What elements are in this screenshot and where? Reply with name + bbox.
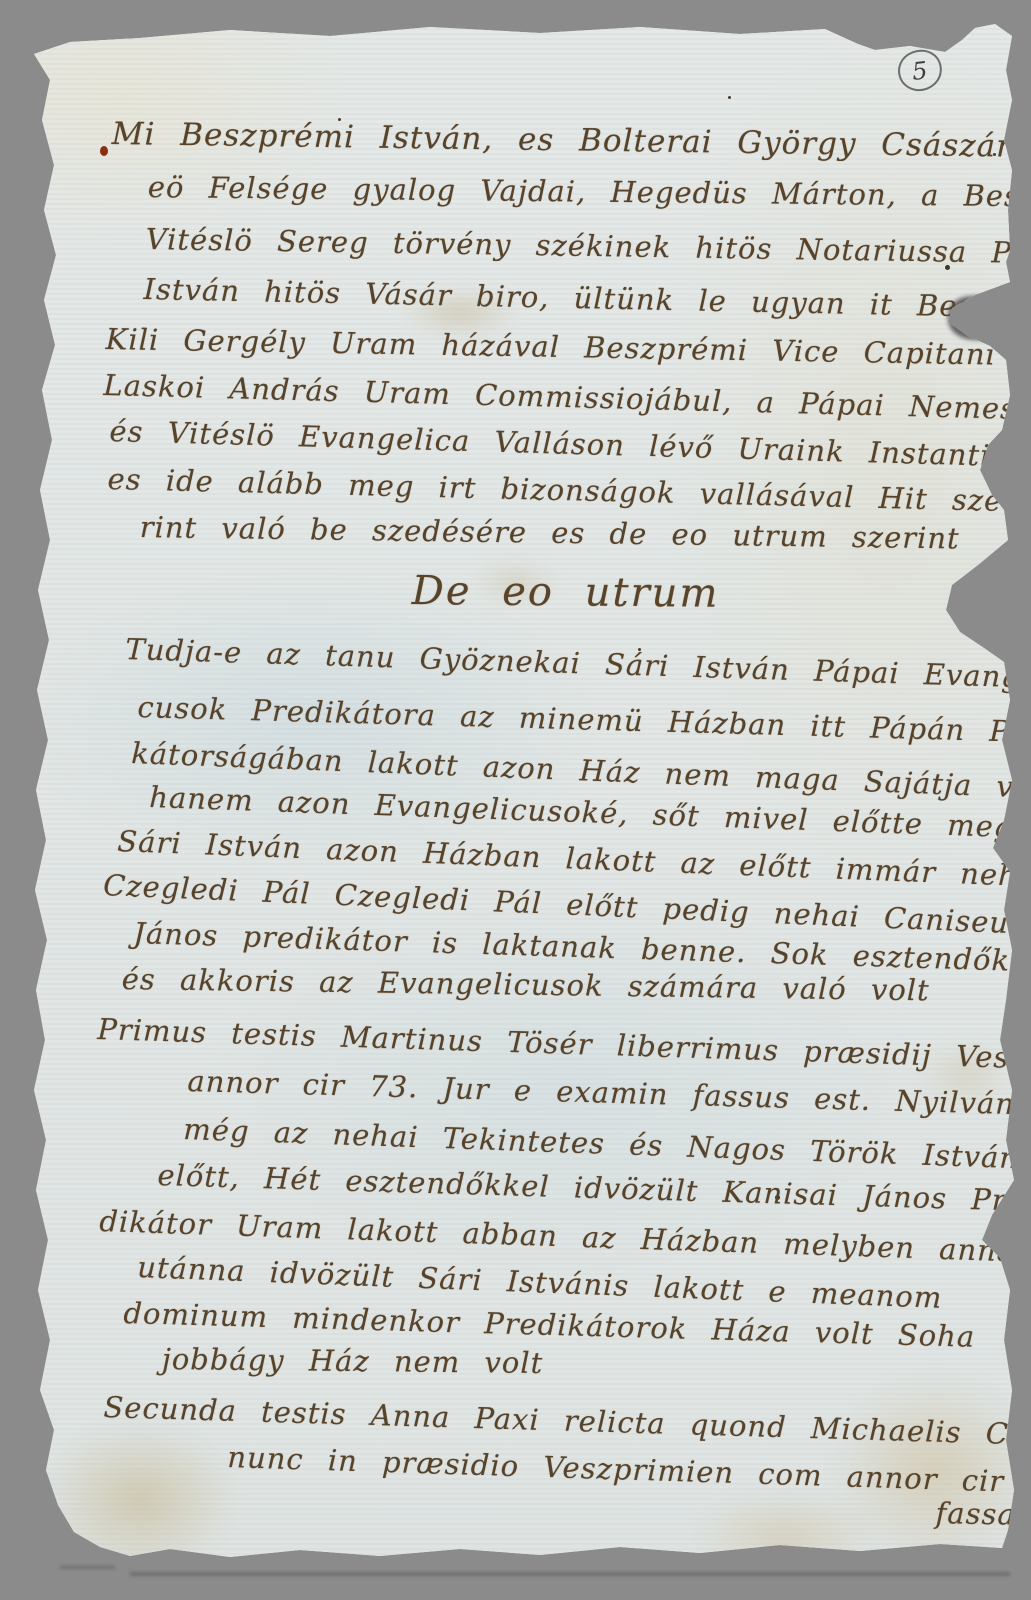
page-number-annotation: 5 [894, 46, 946, 95]
section-heading-de-eo-utrum: De eo utrum [412, 568, 720, 617]
stain [40, 1420, 240, 1580]
manuscript-line: jobbágy Ház nem volt [162, 1342, 544, 1380]
manuscript-page: 5 Mi Beszprémi István, es Bolterai Györg… [0, 0, 1031, 1600]
manuscript-line: Mi Beszprémi István, es Bolterai György … [111, 116, 1031, 166]
manuscript-line: es ide alább meg irt bizonságok vallásáv… [107, 462, 1003, 518]
ink-spot [100, 146, 108, 156]
page-number: 5 [911, 56, 929, 85]
manuscript-line: rint való be szedésére es de eo utrum sz… [140, 510, 960, 555]
paper-shadow [130, 1572, 1010, 1576]
manuscript-catchword: fassa [935, 1496, 1016, 1532]
manuscript-line: Vitéslö Sereg törvény székinek hitös Not… [145, 222, 1031, 271]
manuscript-line: Tudja-e az tanu Gyöznekai Sári István Pá… [125, 632, 1031, 695]
scan-background: 5 Mi Beszprémi István, es Bolterai Györg… [0, 0, 1031, 1600]
paper-shadow [60, 1566, 115, 1569]
tear-shadow-smudge [975, 580, 1009, 606]
manuscript-line: eö Felsége gyalog Vajdai, Hegedüs Márton… [148, 170, 1031, 214]
stain [690, 1490, 880, 1580]
manuscript-line: István hitös Vásár biro, ültünk le ugyan… [143, 272, 1031, 325]
manuscript-line: Kili Gergély Uram házával Beszprémi Vice… [105, 322, 996, 372]
